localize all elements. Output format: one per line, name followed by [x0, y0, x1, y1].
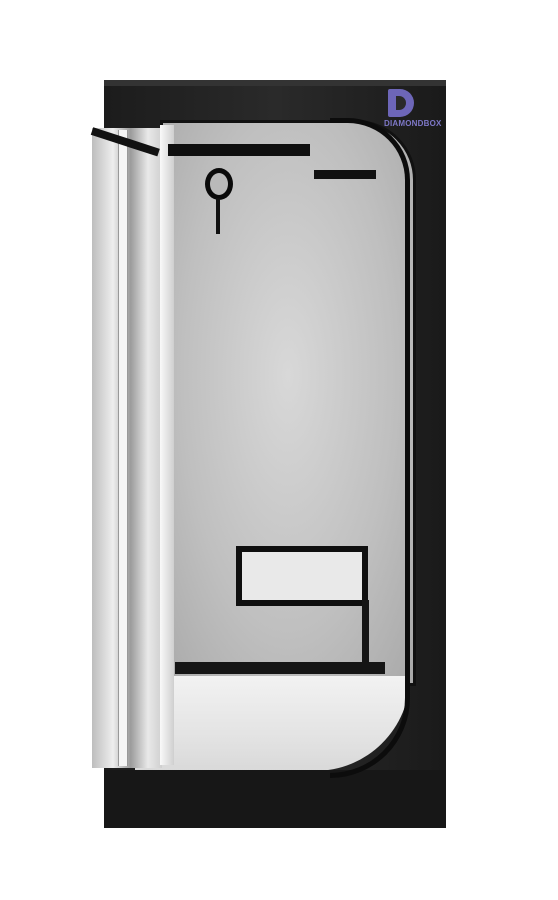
zipper-seam	[330, 118, 410, 778]
vent-window	[236, 546, 368, 606]
door-inner-edge	[160, 125, 174, 765]
top-strap-middle	[168, 144, 310, 156]
hanging-hook-icon	[205, 168, 233, 200]
corner-pole	[118, 130, 128, 766]
hanging-cord	[216, 198, 220, 234]
vent-zipper	[362, 600, 369, 666]
tent-bottom-band	[104, 770, 446, 828]
brand-logo-text: DIAMONDBOX	[384, 119, 442, 128]
top-strap-right	[314, 170, 376, 179]
tent-top-edge	[104, 80, 446, 86]
